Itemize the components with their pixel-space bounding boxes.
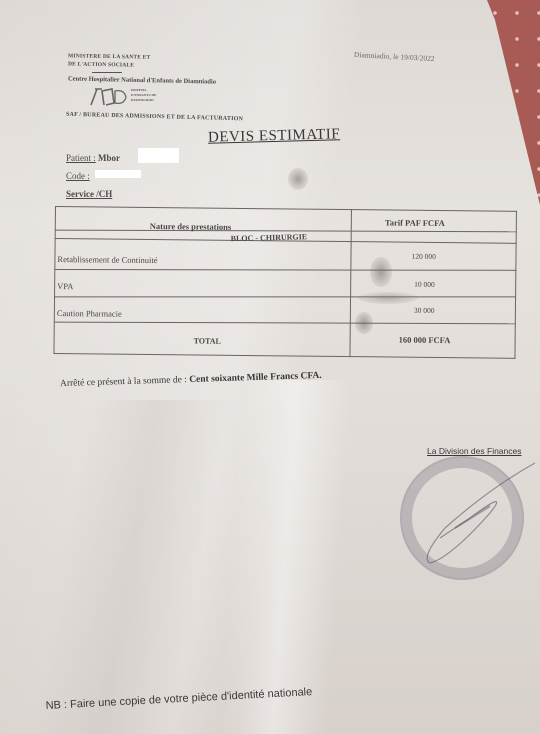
paper-fold-shadow — [31, 400, 230, 734]
section-bloc-chirurgie: BLOC - CHIRURGIE — [231, 232, 308, 243]
service-label: Service /CH — [66, 189, 112, 199]
redaction-box — [95, 170, 141, 178]
patient-row: Patient : Mbor — [66, 153, 120, 163]
row-amount: 10 000 — [414, 280, 435, 289]
ministry-line-1: MINISTERE DE LA SANTE ET — [68, 53, 151, 60]
place-date: Diamniadio, le 19/03/2022 — [354, 50, 435, 63]
document-title: DEVIS ESTIMATIF — [208, 126, 340, 146]
total-amount: 160 000 FCFA — [399, 335, 451, 346]
row-label: Caution Pharmacie — [57, 308, 122, 319]
logo-caption-3: DIAMNIADIO — [131, 98, 154, 102]
signatory-label: La Division des Finances — [427, 446, 522, 456]
patient-label: Patient : — [66, 153, 96, 163]
paper-fold-highlight — [218, 380, 353, 734]
ministry-line-2: DE L'ACTION SOCIALE — [68, 61, 134, 68]
signature-icon — [400, 458, 540, 578]
row-amount: 120 000 — [411, 252, 435, 261]
total-label: TOTAL — [194, 336, 221, 345]
sum-prefix: Arrêté ce présent à la somme de : — [60, 375, 187, 389]
header-nature: Nature des prestations — [150, 221, 231, 232]
row-amount: 30 000 — [414, 306, 435, 315]
row-label: Retablissement de Continuité — [57, 254, 157, 265]
logo-caption-1: HOPITAL — [131, 88, 147, 92]
header-divider — [92, 72, 122, 73]
patient-value: Mbor — [98, 153, 120, 163]
code-label: Code : — [66, 171, 90, 181]
department-label: SAF / BUREAU DES ADMISSIONS ET DE LA FAC… — [66, 112, 243, 123]
redaction-box — [138, 148, 179, 163]
stain — [288, 168, 308, 190]
row-label: VPA — [57, 281, 73, 291]
document-page: MINISTERE DE LA SANTE ET DE L'ACTION SOC… — [0, 0, 540, 734]
services-table: Nature des prestations Tarif PAF FCFA BL… — [53, 206, 517, 359]
logo-caption-2: D'ENFANTS DE — [131, 93, 156, 97]
header-tarif: Tarif PAF FCFA — [385, 217, 445, 228]
